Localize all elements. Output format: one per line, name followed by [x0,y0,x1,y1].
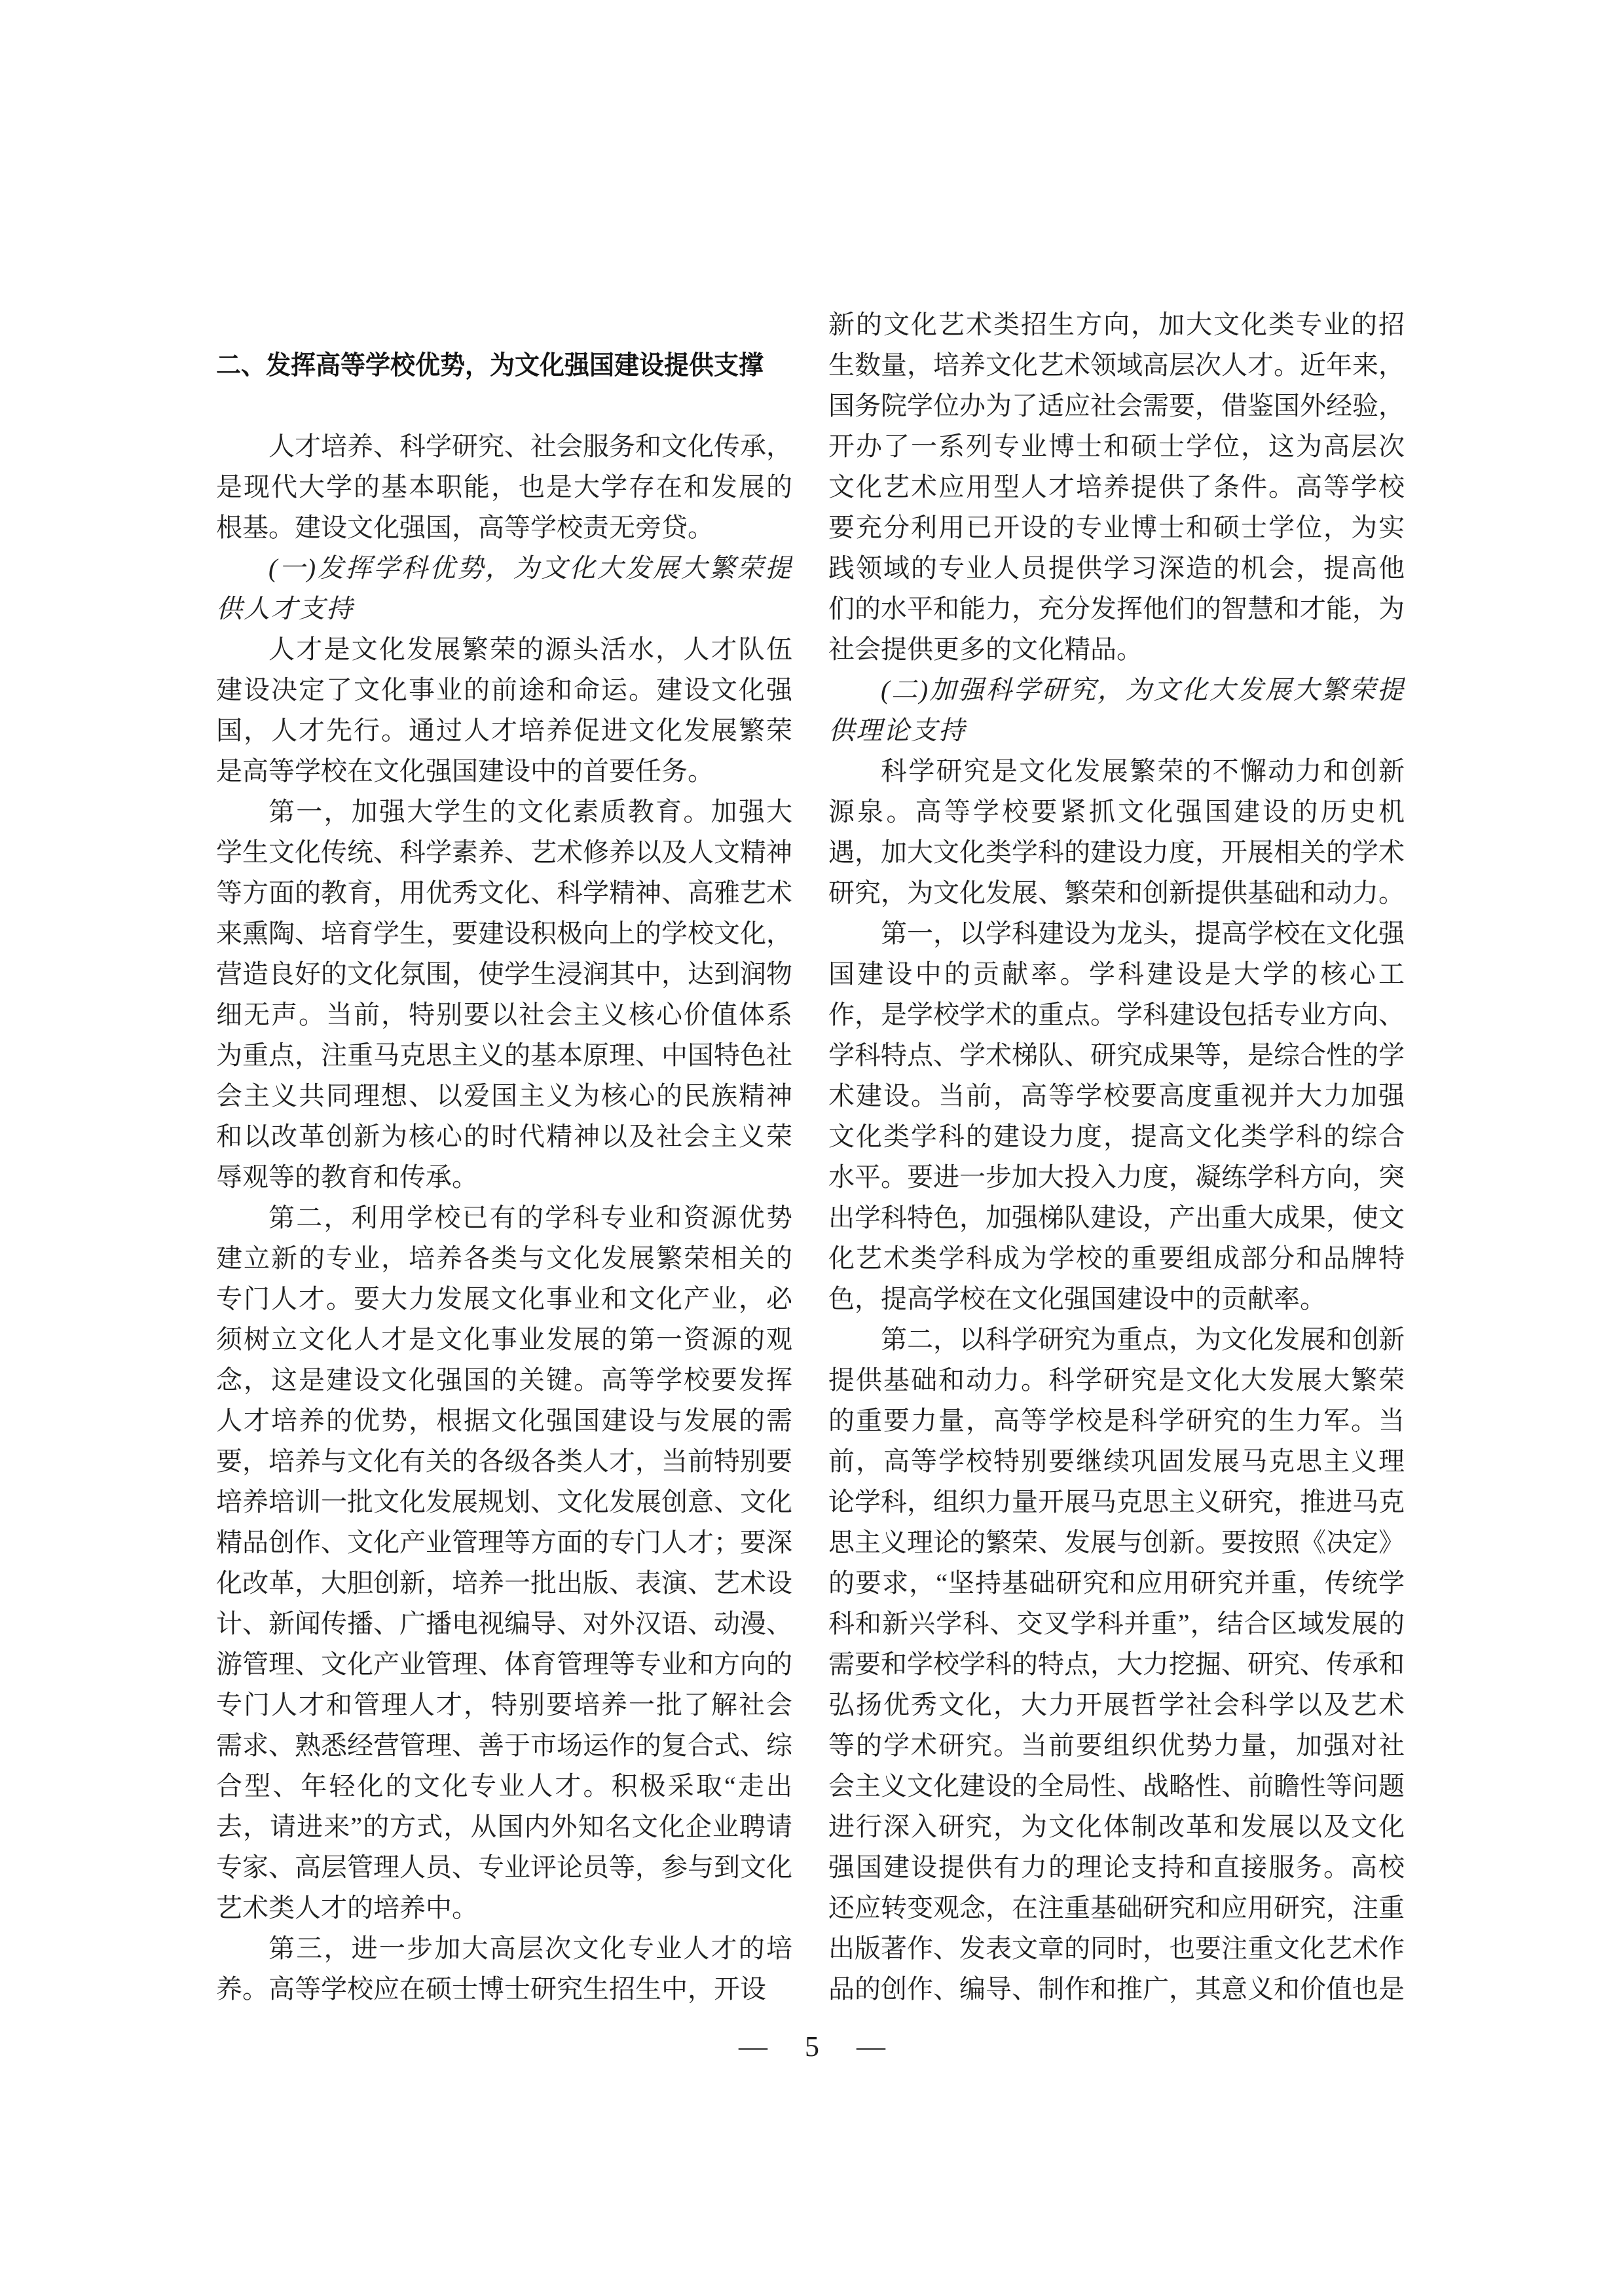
text-line: 文化类学科的建设力度，提高文化类学科的综合 [828,1116,1405,1157]
text-line: 专家、高层管理人员、专业评论员等，参与到文化 [216,1847,792,1888]
text-line: 出版著作、发表文章的同时，也要注重文化艺术作 [828,1928,1405,1969]
text-line: 的要求，“坚持基础研究和应用研究并重，传统学 [828,1563,1405,1604]
text-line: 养。高等学校应在硕士博士研究生招生中，开设 [216,1969,792,2010]
footer-dash-left: — [739,2030,767,2063]
text-line: 第一，加强大学生的文化素质教育。加强大 [216,792,792,832]
text-line: 第二，以科学研究为重点，为文化发展和创新 [828,1319,1405,1360]
text-line: 遇，加大文化类学科的建设力度，开展相关的学术 [828,832,1405,873]
text-line: 会主义共同理想、以爱国主义为核心的民族精神 [216,1076,792,1116]
text-line: 第一，以学科建设为龙头，提高学校在文化强 [828,913,1405,954]
text-line: 强国建设提供有力的理论支持和直接服务。高校 [828,1847,1405,1888]
text-line: 辱观等的教育和传承。 [216,1157,792,1198]
footer-dash-right: — [857,2030,885,2063]
text-line: 去，请进来”的方式，从国内外知名文化企业聘请 [216,1807,792,1847]
text-line: 术建设。当前，高等学校要高度重视并大力加强 [828,1076,1405,1116]
text-line: 水平。要进一步加大投入力度，凝练学科方向，突 [828,1157,1405,1198]
text-line: 们的水平和能力，充分发挥他们的智慧和才能，为 [828,589,1405,629]
text-line: 需求、熟悉经营管理、善于市场运作的复合式、综 [216,1725,792,1766]
text-line: 游管理、文化产业管理、体育管理等专业和方向的 [216,1644,792,1685]
text-line: 学生文化传统、科学素养、艺术修养以及人文精神 [216,832,792,873]
page-footer: — 5 — [0,2027,1624,2067]
left-column-text: 人才培养、科学研究、社会服务和文化传承，是现代大学的基本职能，也是大学存在和发展… [216,426,792,2010]
text-line: 的重要力量，高等学校是科学研究的生力军。当 [828,1401,1405,1441]
text-line: 建设决定了文化事业的前途和命运。建设文化强 [216,670,792,710]
right-column-text: 新的文化艺术类招生方向，加大文化类专业的招生数量，培养文化艺术领域高层次人才。近… [828,304,1405,2010]
text-line: 合型、年轻化的文化专业人才。积极采取“走出 [216,1766,792,1807]
text-line: 培养培训一批文化发展规划、文化发展创意、文化 [216,1482,792,1522]
document-page: 二、发挥高等学校优势，为文化强国建设提供支撑 人才培养、科学研究、社会服务和文化… [0,0,1624,2295]
text-line: 是高等学校在文化强国建设中的首要任务。 [216,751,792,792]
text-line: 和以改革创新为核心的时代精神以及社会主义荣 [216,1116,792,1157]
text-line: 源泉。高等学校要紧抓文化强国建设的历史机 [828,792,1405,832]
text-line: 还应转变观念，在注重基础研究和应用研究，注重 [828,1888,1405,1928]
text-line: 营造良好的文化氛围，使学生浸润其中，达到润物 [216,954,792,995]
text-line: 需要和学校学科的特点，大力挖掘、研究、传承和 [828,1644,1405,1685]
text-line: 供人才支持 [216,589,792,629]
text-line: 进行深入研究，为文化体制改革和发展以及文化 [828,1807,1405,1847]
text-line: (二)加强科学研究，为文化大发展大繁荣提 [828,670,1405,710]
text-line: 建立新的专业，培养各类与文化发展繁荣相关的 [216,1238,792,1279]
text-line: 计、新闻传播、广播电视编导、对外汉语、动漫、旅 [216,1604,792,1644]
text-line: 念，这是建设文化强国的关键。高等学校要发挥 [216,1360,792,1401]
left-column: 二、发挥高等学校优势，为文化强国建设提供支撑 人才培养、科学研究、社会服务和文化… [216,304,792,2010]
section-heading: 二、发挥高等学校优势，为文化强国建设提供支撑 [216,345,764,386]
text-line: 社会提供更多的文化精品。 [828,629,1405,670]
text-line: 专门人才。要大力发展文化事业和文化产业，必 [216,1279,792,1319]
paragraph: 第二，利用学校已有的学科专业和资源优势建立新的专业，培养各类与文化发展繁荣相关的… [216,1198,792,1928]
text-line: 出学科特色，加强梯队建设，产出重大成果，使文 [828,1198,1405,1238]
text-line: 艺术类人才的培养中。 [216,1888,792,1928]
text-line: 供理论支持 [828,710,1405,751]
text-line: 细无声。当前，特别要以社会主义核心价值体系 [216,995,792,1035]
text-line: 第三，进一步加大高层次文化专业人才的培 [216,1928,792,1969]
paragraph: 人才是文化发展繁荣的源头活水，人才队伍建设决定了文化事业的前途和命运。建设文化强… [216,629,792,792]
page-number: 5 [805,2030,819,2063]
text-line: 精品创作、文化产业管理等方面的专门人才；要深 [216,1522,792,1563]
paragraph: 科学研究是文化发展繁荣的不懈动力和创新源泉。高等学校要紧抓文化强国建设的历史机遇… [828,751,1405,913]
paragraph: 第三，进一步加大高层次文化专业人才的培养。高等学校应在硕士博士研究生招生中，开设 [216,1928,792,2010]
text-line: 国建设中的贡献率。学科建设是大学的核心工 [828,954,1405,995]
text-line: 生数量，培养文化艺术领域高层次人才。近年来， [828,345,1405,386]
sub-heading-paragraph: (二)加强科学研究，为文化大发展大繁荣提供理论支持 [828,670,1405,751]
heading-top-gap [216,304,792,345]
text-line: 开办了一系列专业博士和硕士学位，这为高层次 [828,426,1405,467]
text-line: 国务院学位办为了适应社会需要，借鉴国外经验， [828,386,1405,426]
text-line: 研究，为文化发展、繁荣和创新提供基础和动力。 [828,873,1405,913]
text-line: 为重点，注重马克思主义的基本原理、中国特色社 [216,1035,792,1076]
paragraph: 人才培养、科学研究、社会服务和文化传承，是现代大学的基本职能，也是大学存在和发展… [216,426,792,548]
text-line: 品的创作、编导、制作和推广，其意义和价值也是 [828,1969,1405,2010]
text-line: 前，高等学校特别要继续巩固发展马克思主义理 [828,1441,1405,1482]
text-line: 人才培养的优势，根据文化强国建设与发展的需 [216,1401,792,1441]
paragraph: 新的文化艺术类招生方向，加大文化类专业的招生数量，培养文化艺术领域高层次人才。近… [828,304,1405,670]
paragraph: 第一，以学科建设为龙头，提高学校在文化强国建设中的贡献率。学科建设是大学的核心工… [828,913,1405,1319]
text-line: 提供基础和动力。科学研究是文化大发展大繁荣 [828,1360,1405,1401]
text-line: 须树立文化人才是文化事业发展的第一资源的观 [216,1319,792,1360]
text-line: 化艺术类学科成为学校的重要组成部分和品牌特 [828,1238,1405,1279]
text-line: 等的学术研究。当前要组织优势力量，加强对社 [828,1725,1405,1766]
text-line: 要充分利用已开设的专业博士和硕士学位，为实 [828,507,1405,548]
paragraph: 第二，以科学研究为重点，为文化发展和创新提供基础和动力。科学研究是文化大发展大繁… [828,1319,1405,2010]
text-line: 人才是文化发展繁荣的源头活水，人才队伍 [216,629,792,670]
text-line: 作，是学校学术的重点。学科建设包括专业方向、 [828,995,1405,1035]
text-line: 文化艺术应用型人才培养提供了条件。高等学校 [828,467,1405,507]
text-line: 专门人才和管理人才，特别要培养一批了解社会 [216,1685,792,1725]
sub-heading-paragraph: (一)发挥学科优势，为文化大发展大繁荣提供人才支持 [216,548,792,629]
paragraph: 第一，加强大学生的文化素质教育。加强大学生文化传统、科学素养、艺术修养以及人文精… [216,792,792,1198]
text-line: 科学研究是文化发展繁荣的不懈动力和创新 [828,751,1405,792]
text-line: 要，培养与文化有关的各级各类人才，当前特别要 [216,1441,792,1482]
text-line: 等方面的教育，用优秀文化、科学精神、高雅艺术 [216,873,792,913]
text-line: 色，提高学校在文化强国建设中的贡献率。 [828,1279,1405,1319]
right-column: 新的文化艺术类招生方向，加大文化类专业的招生数量，培养文化艺术领域高层次人才。近… [828,304,1405,2010]
text-line: 人才培养、科学研究、社会服务和文化传承， [216,426,792,467]
text-line: 新的文化艺术类招生方向，加大文化类专业的招 [828,304,1405,345]
text-line: (一)发挥学科优势，为文化大发展大繁荣提 [216,548,792,589]
heading-bottom-gap [216,386,792,426]
text-line: 论学科，组织力量开展马克思主义研究，推进马克 [828,1482,1405,1522]
text-line: 是现代大学的基本职能，也是大学存在和发展的 [216,467,792,507]
text-line: 践领域的专业人员提供学习深造的机会，提高他 [828,548,1405,589]
text-line: 国，人才先行。通过人才培养促进文化发展繁荣 [216,710,792,751]
text-line: 弘扬优秀文化，大力开展哲学社会科学以及艺术 [828,1685,1405,1725]
text-line: 科和新兴学科、交叉学科并重”，结合区域发展的 [828,1604,1405,1644]
text-line: 会主义文化建设的全局性、战略性、前瞻性等问题 [828,1766,1405,1807]
text-line: 根基。建设文化强国，高等学校责无旁贷。 [216,507,792,548]
text-line: 思主义理论的繁荣、发展与创新。要按照《决定》 [828,1522,1405,1563]
text-line: 来熏陶、培育学生，要建设积极向上的学校文化， [216,913,792,954]
text-line: 学科特点、学术梯队、研究成果等，是综合性的学 [828,1035,1405,1076]
text-line: 化改革，大胆创新，培养一批出版、表演、艺术设 [216,1563,792,1604]
text-line: 第二，利用学校已有的学科专业和资源优势 [216,1198,792,1238]
